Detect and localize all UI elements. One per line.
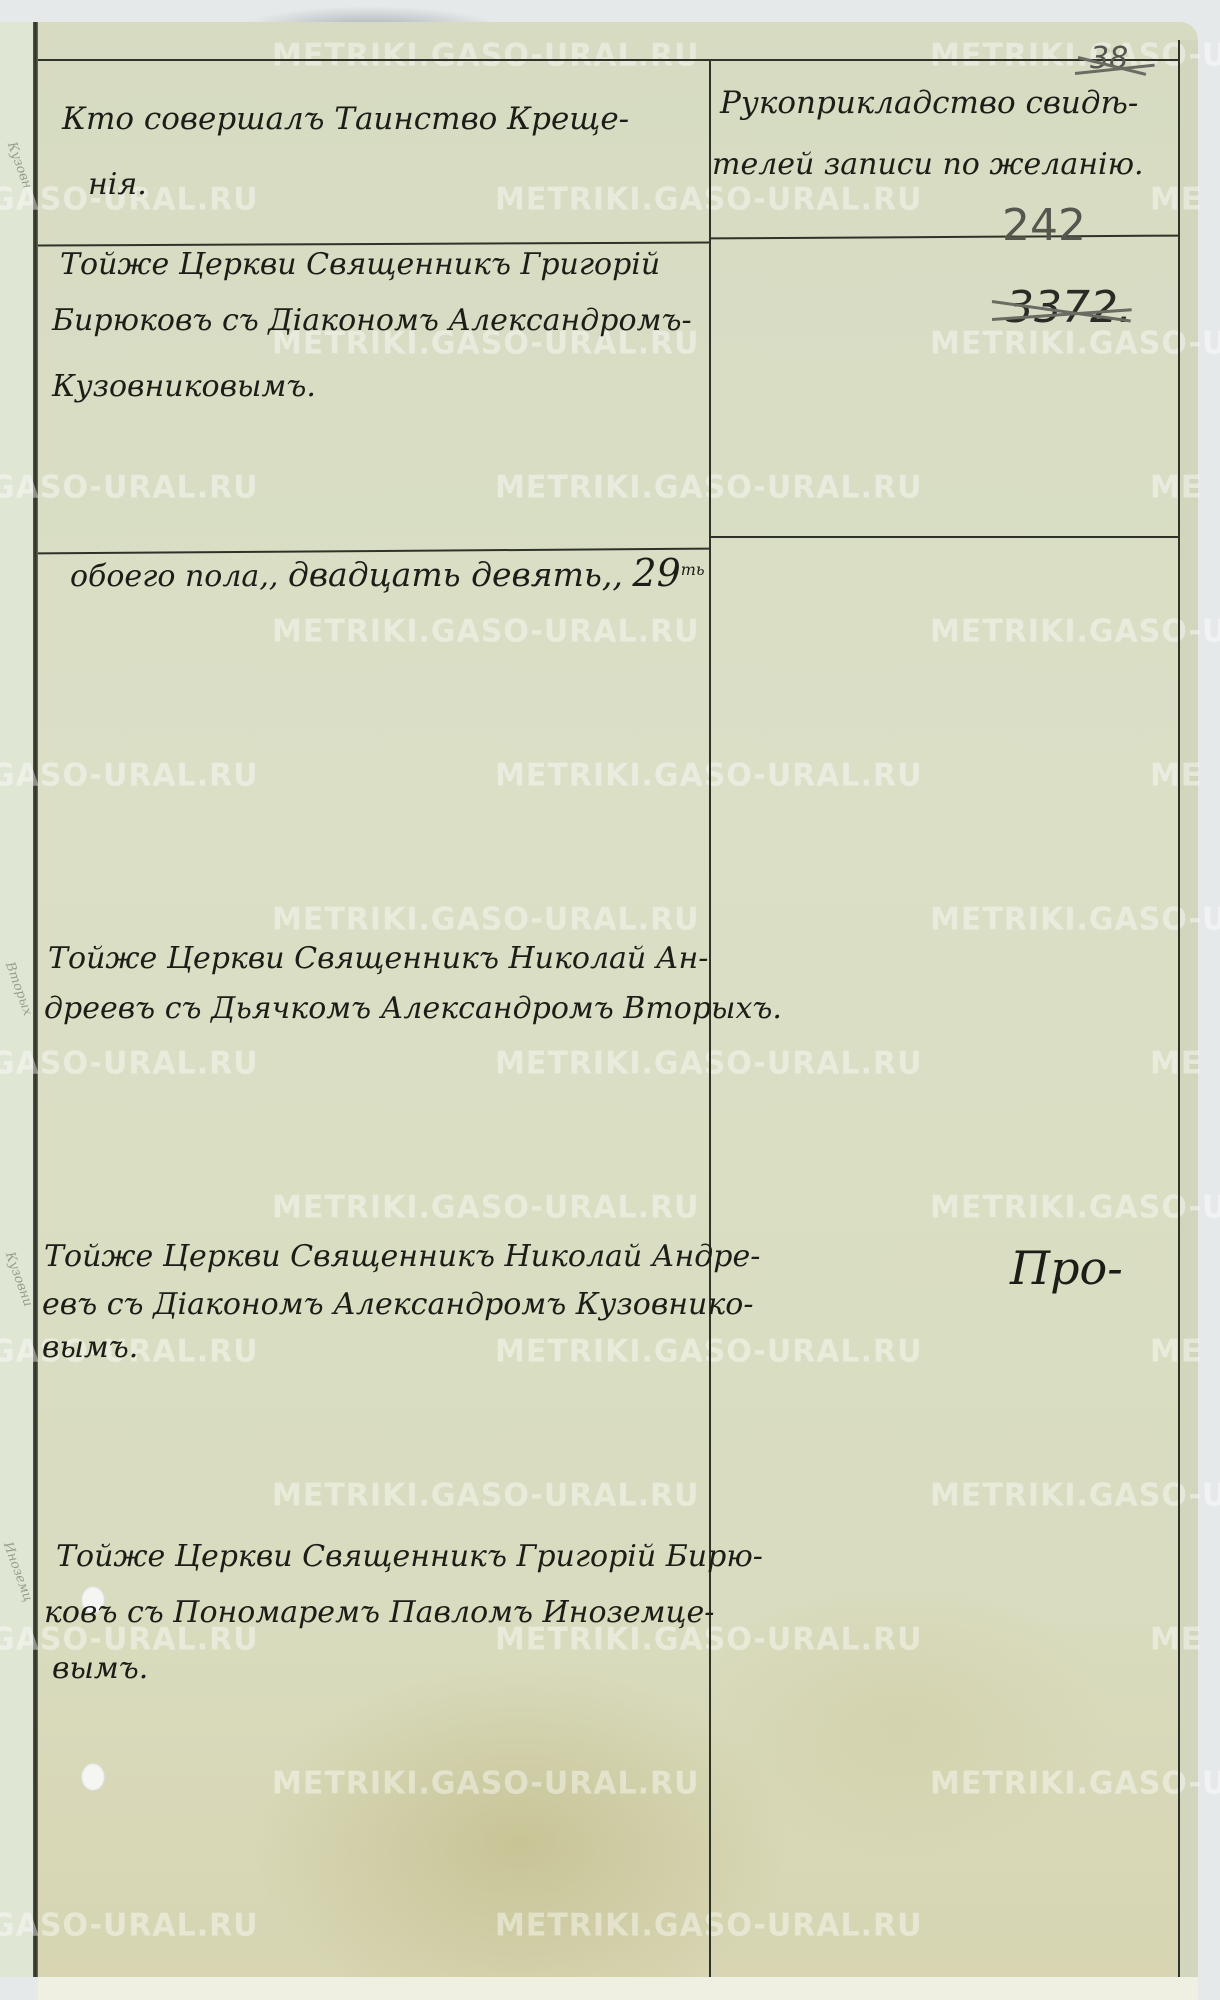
entry-2-line2: дреевъ съ Дьячкомъ Александромъ Вторыхъ. — [44, 994, 782, 1024]
total-number: 29 — [632, 551, 680, 595]
entry-4-line2: ковъ съ Пономаремъ Павломъ Иноземце- — [44, 1598, 714, 1628]
header-signatures-line1: Рукоприкладство свидѣ- — [720, 88, 1138, 119]
watermark: GASO-URAL.RU — [0, 1907, 259, 1944]
watermark: METRIKI.GASO-U — [930, 1477, 1220, 1514]
watermark: METRIKI.GASO-U — [930, 613, 1220, 650]
watermark: GASO-URAL.RU — [0, 1045, 259, 1082]
entry-3-line2: евъ съ Діакономъ Александромъ Кузовнико- — [42, 1290, 753, 1320]
pencil-number: 242 — [1002, 204, 1086, 248]
header-signatures-line2: телей записи по желанію. — [712, 150, 1144, 180]
watermark: METRIKI.GASO-URAL.RU — [272, 1477, 700, 1514]
entry-3-line1: Тойже Церкви Священникъ Николай Андре- — [44, 1242, 760, 1272]
entry-1-line3: Кузовниковымъ. — [52, 372, 316, 402]
entry-3-signature: Про- — [1010, 1245, 1123, 1291]
total-words: двадцать девять,, — [288, 555, 623, 594]
watermark: ME — [1150, 1333, 1202, 1370]
header-performer-line1: Кто совершалъ Таинство Креще- — [62, 104, 629, 135]
watermark: METRIKI.GASO-U — [930, 901, 1220, 938]
watermark: METRIKI.GASO-U — [930, 37, 1220, 74]
watermark: METRIKI.GASO-URAL.RU — [272, 613, 700, 650]
watermark: METRIKI.GASO-U — [930, 1765, 1220, 1802]
total-prefix: обоего пола,, — [70, 559, 278, 594]
total-suffix: ть — [681, 560, 705, 579]
entry-1-line2: Бирюковъ съ Діакономъ Александромъ- — [52, 306, 692, 336]
watermark: ME — [1150, 181, 1202, 218]
watermark: METRIKI.GASO-URAL.RU — [272, 901, 700, 938]
punch-hole — [81, 1763, 105, 1791]
total-line: обоего пола,, двадцать девять,, 29ть — [70, 554, 705, 592]
entry-2-line1: Тойже Церкви Священникъ Николай Ан- — [48, 944, 708, 974]
pencil-number-crossed: 3372. — [1006, 286, 1132, 330]
page-bottom-edge — [38, 1977, 1198, 2000]
entry-4-line1: Тойже Церкви Священникъ Григорій Бирю- — [56, 1542, 763, 1572]
watermark: ME — [1150, 757, 1202, 794]
row-rule — [710, 536, 1180, 538]
watermark: METRIKI.GASO-URAL.RU — [272, 1189, 700, 1226]
watermark: METRIKI.GASO-URAL.RU — [272, 1765, 700, 1802]
watermark: ME — [1150, 469, 1202, 506]
binding-line — [33, 22, 38, 1977]
entry-4-line3: вымъ. — [52, 1654, 148, 1684]
watermark: ME — [1150, 1045, 1202, 1082]
table-top-rule — [38, 59, 1180, 61]
watermark: GASO-URAL.RU — [0, 469, 259, 506]
right-border-rule — [1178, 40, 1180, 1977]
entry-3-line3: вымъ. — [42, 1333, 138, 1363]
watermark: GASO-URAL.RU — [0, 757, 259, 794]
header-performer-line2: нія. — [88, 170, 147, 200]
watermark: METRIKI.GASO-URAL.RU — [272, 37, 700, 74]
watermark: METRIKI.GASO-U — [930, 1189, 1220, 1226]
entry-1-line1: Тойже Церкви Священникъ Григорій — [60, 250, 660, 280]
watermark: ME — [1150, 1621, 1202, 1658]
